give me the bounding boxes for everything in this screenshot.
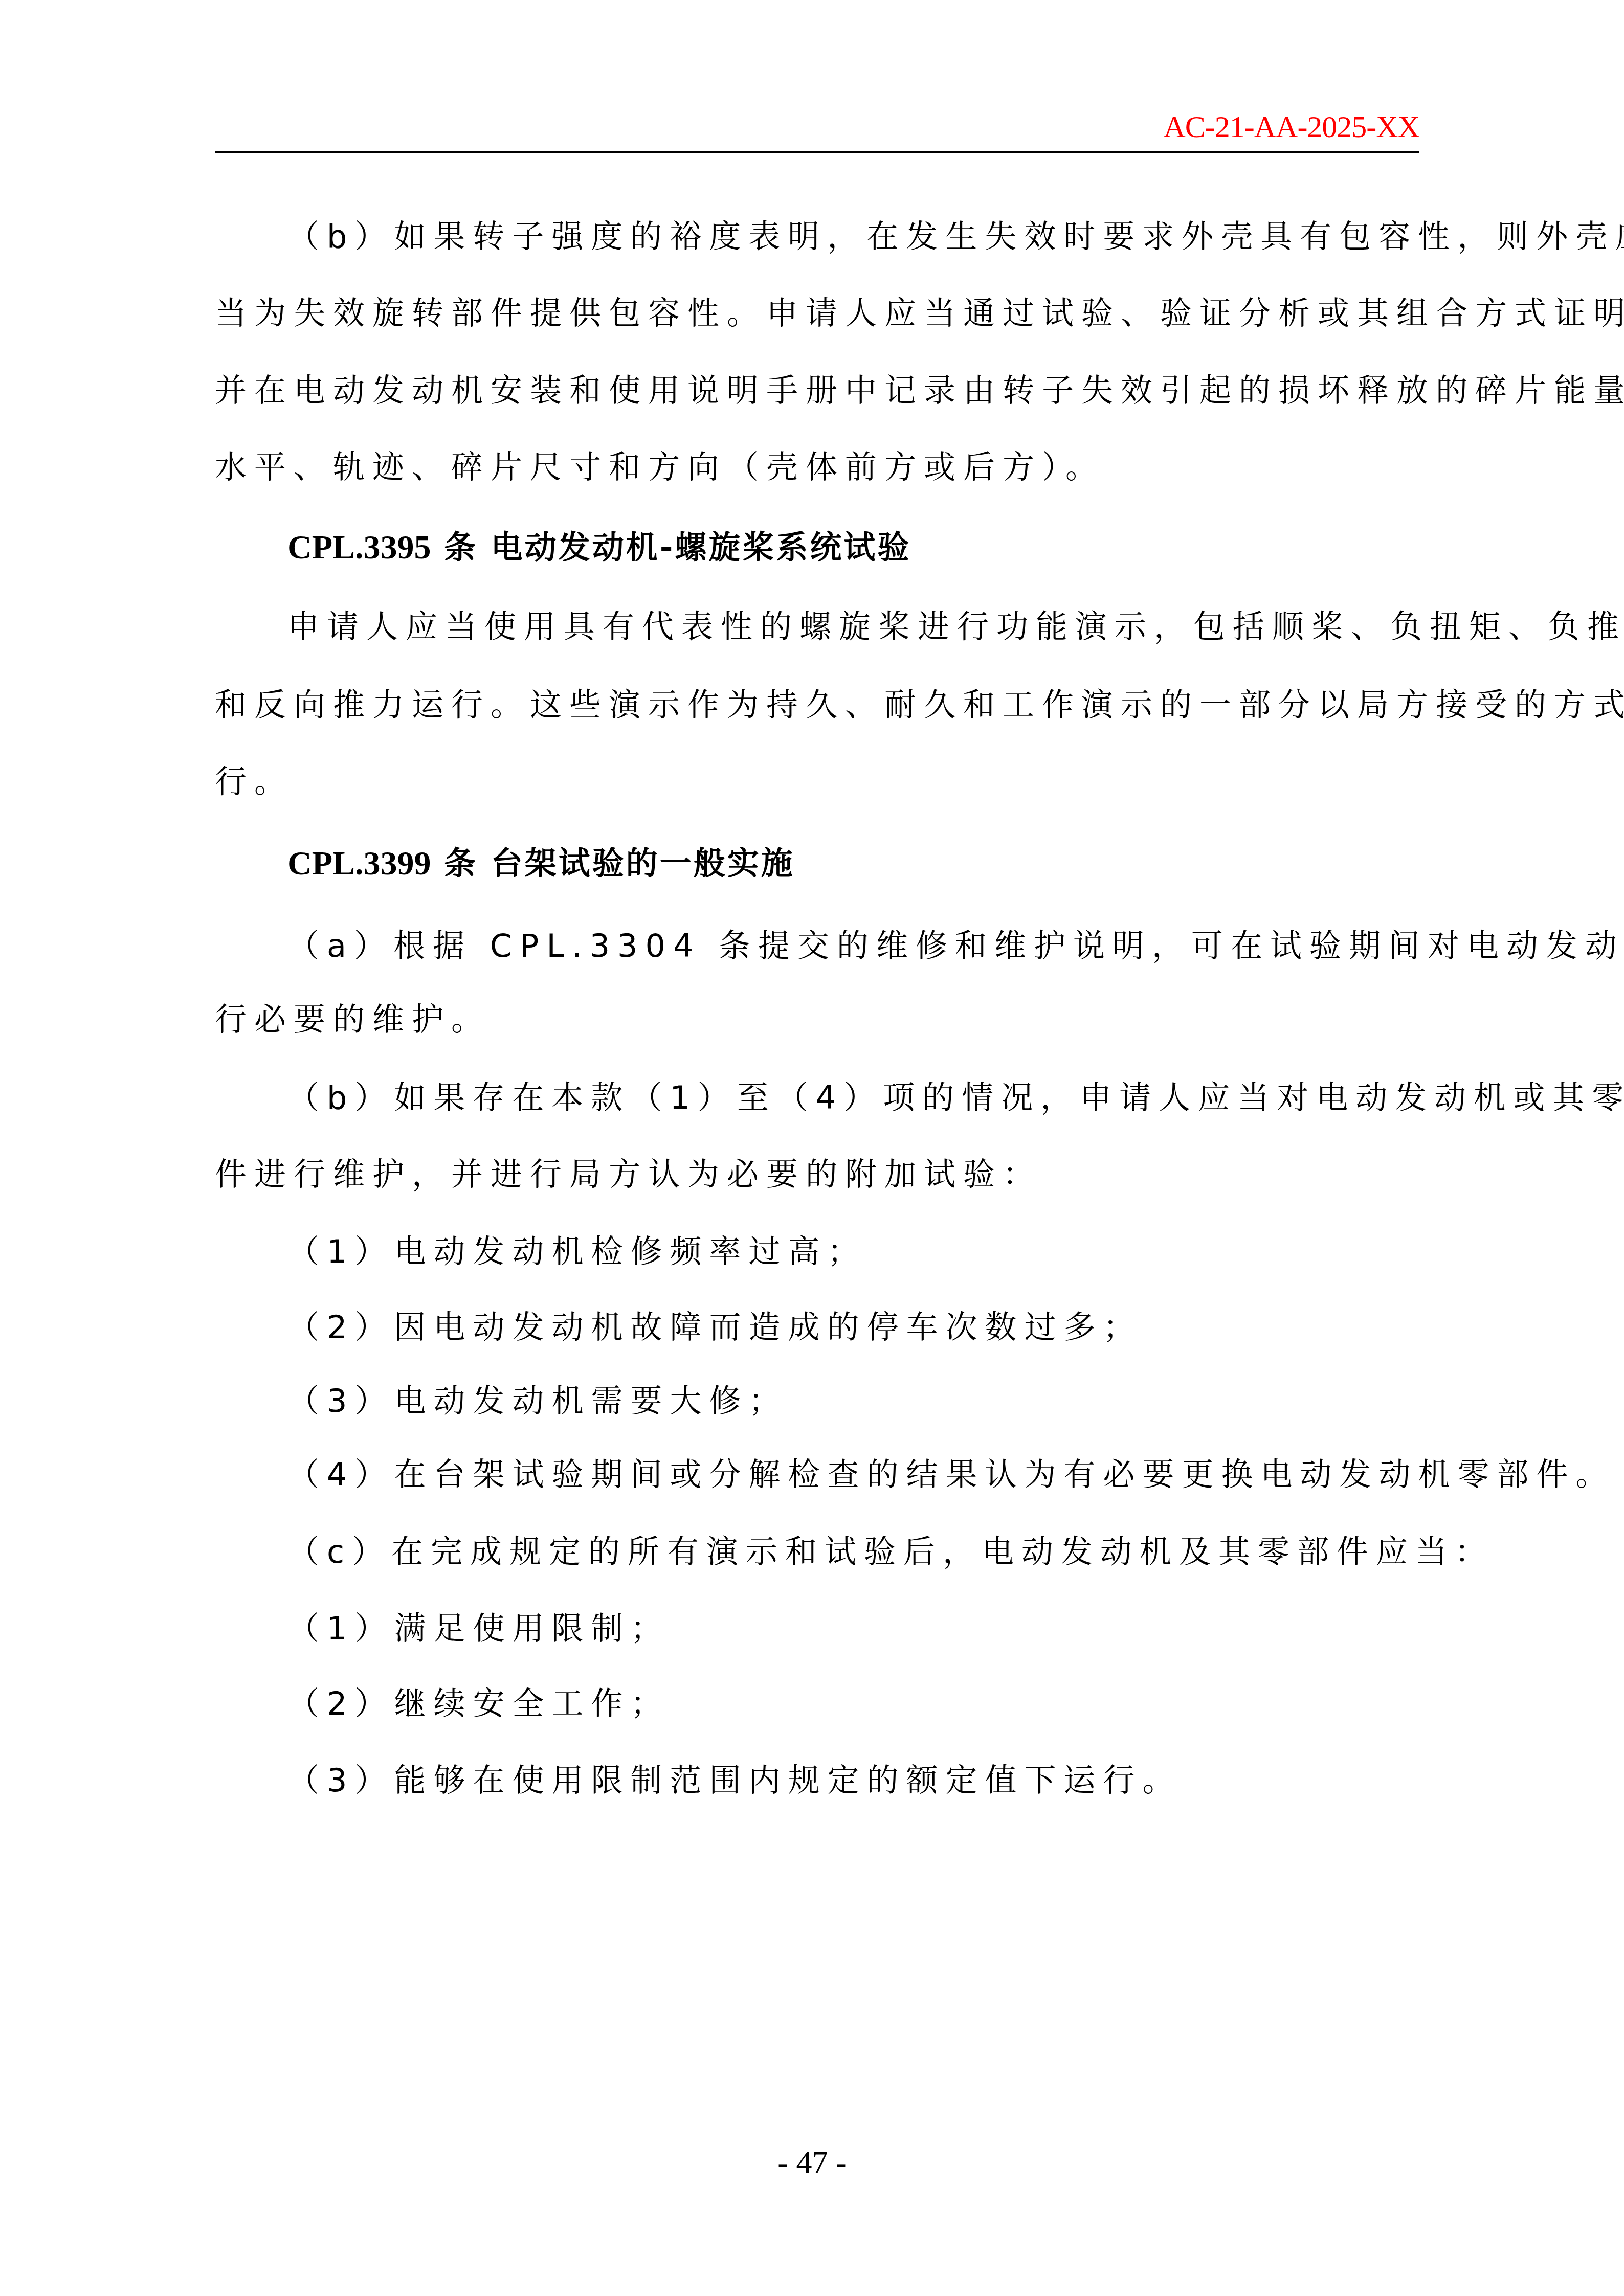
paragraph-line: 并在电动发动机安装和使用说明手册中记录由转子失效引起的损坏释放的碎片能量 <box>215 375 1422 407</box>
list-item: （3）能够在使用限制范围内规定的额定值下运行。 <box>287 1765 1422 1796</box>
paragraph-line: （a）根据 CPL.3304 条提交的维修和维护说明，可在试验期间对电动发动机进 <box>287 930 1422 962</box>
list-item: （1）电动发动机检修频率过高； <box>287 1236 1422 1268</box>
section-number: CPL.3399 <box>287 845 431 882</box>
section-number: CPL.3395 <box>287 529 431 566</box>
paragraph-line: （c）在完成规定的所有演示和试验后，电动发动机及其零部件应当： <box>287 1536 1422 1568</box>
paragraph-line: （b）如果转子强度的裕度表明，在发生失效时要求外壳具有包容性，则外壳应 <box>287 221 1422 253</box>
section-title: 条 台架试验的一般实施 <box>444 845 795 882</box>
paragraph-line: 申请人应当使用具有代表性的螺旋桨进行功能演示，包括顺桨、负扭矩、负推力 <box>287 611 1422 643</box>
paragraph-line: 行必要的维护。 <box>215 1004 1422 1036</box>
section-title: 条 电动发动机-螺旋桨系统试验 <box>444 529 911 566</box>
paragraph-line: 行。 <box>215 766 1422 798</box>
list-item: （2）因电动发动机故障而造成的停车次数过多； <box>287 1312 1422 1343</box>
paragraph-line: （b）如果存在本款（1）至（4）项的情况，申请人应当对电动发动机或其零部 <box>287 1082 1422 1114</box>
list-item: （3）电动发动机需要大修； <box>287 1385 1422 1417</box>
section-heading-3399: CPL.3399 条 台架试验的一般实施 <box>287 847 1422 881</box>
section-heading-3395: CPL.3395 条 电动发动机-螺旋桨系统试验 <box>287 531 1422 565</box>
list-item: （2）继续安全工作； <box>287 1688 1422 1720</box>
list-item: （1）满足使用限制； <box>287 1613 1422 1645</box>
page-number: - 47 - <box>0 2147 1624 2178</box>
paragraph-line: 当为失效旋转部件提供包容性。申请人应当通过试验、验证分析或其组合方式证明， <box>215 298 1422 329</box>
paragraph-line: 和反向推力运行。这些演示作为持久、耐久和工作演示的一部分以局方接受的方式进 <box>215 689 1422 721</box>
document-code: AC-21-AA-2025-XX <box>1163 111 1419 142</box>
paragraph-line: 件进行维护，并进行局方认为必要的附加试验： <box>215 1159 1422 1190</box>
list-item: （4）在台架试验期间或分解检查的结果认为有必要更换电动发动机零部件。 <box>287 1459 1422 1491</box>
paragraph-line: 水平、轨迹、碎片尺寸和方向（壳体前方或后方）。 <box>215 452 1422 483</box>
header-divider <box>215 151 1419 153</box>
